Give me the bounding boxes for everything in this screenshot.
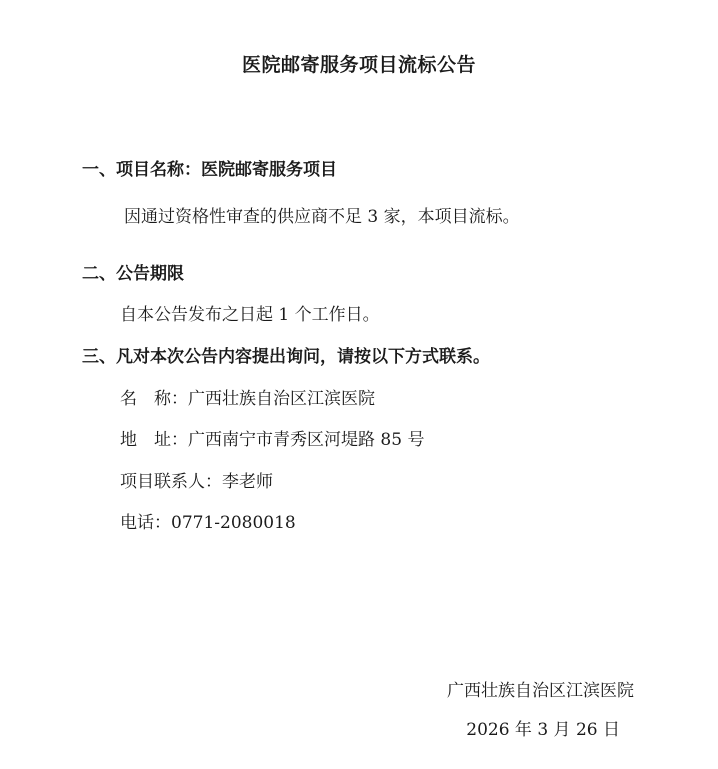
section-2-heading: 二、公告期限 (82, 259, 184, 284)
section-2-body: 自本公告发布之日起 1 个工作日。 (120, 300, 380, 325)
section-3-heading: 三、凡对本次公告内容提出询问，请按以下方式联系。 (82, 342, 490, 367)
contact-name: 名 称：广西壮族自治区江滨医院 (120, 384, 375, 409)
signature-organization: 广西壮族自治区江滨医院 (447, 676, 634, 701)
contact-phone: 电话：0771-2080018 (120, 508, 296, 533)
signature-date: 2026 年 3 月 26 日 (466, 715, 620, 740)
contact-person: 项目联系人：李老师 (120, 467, 273, 492)
section-1-heading: 一、项目名称：医院邮寄服务项目 (82, 155, 337, 180)
section-1-body: 因通过资格性审查的供应商不足 3 家，本项目流标。 (124, 202, 520, 227)
contact-address: 地 址：广西南宁市青秀区河堤路 85 号 (120, 425, 424, 450)
page-title: 医院邮寄服务项目流标公告 (0, 50, 718, 77)
